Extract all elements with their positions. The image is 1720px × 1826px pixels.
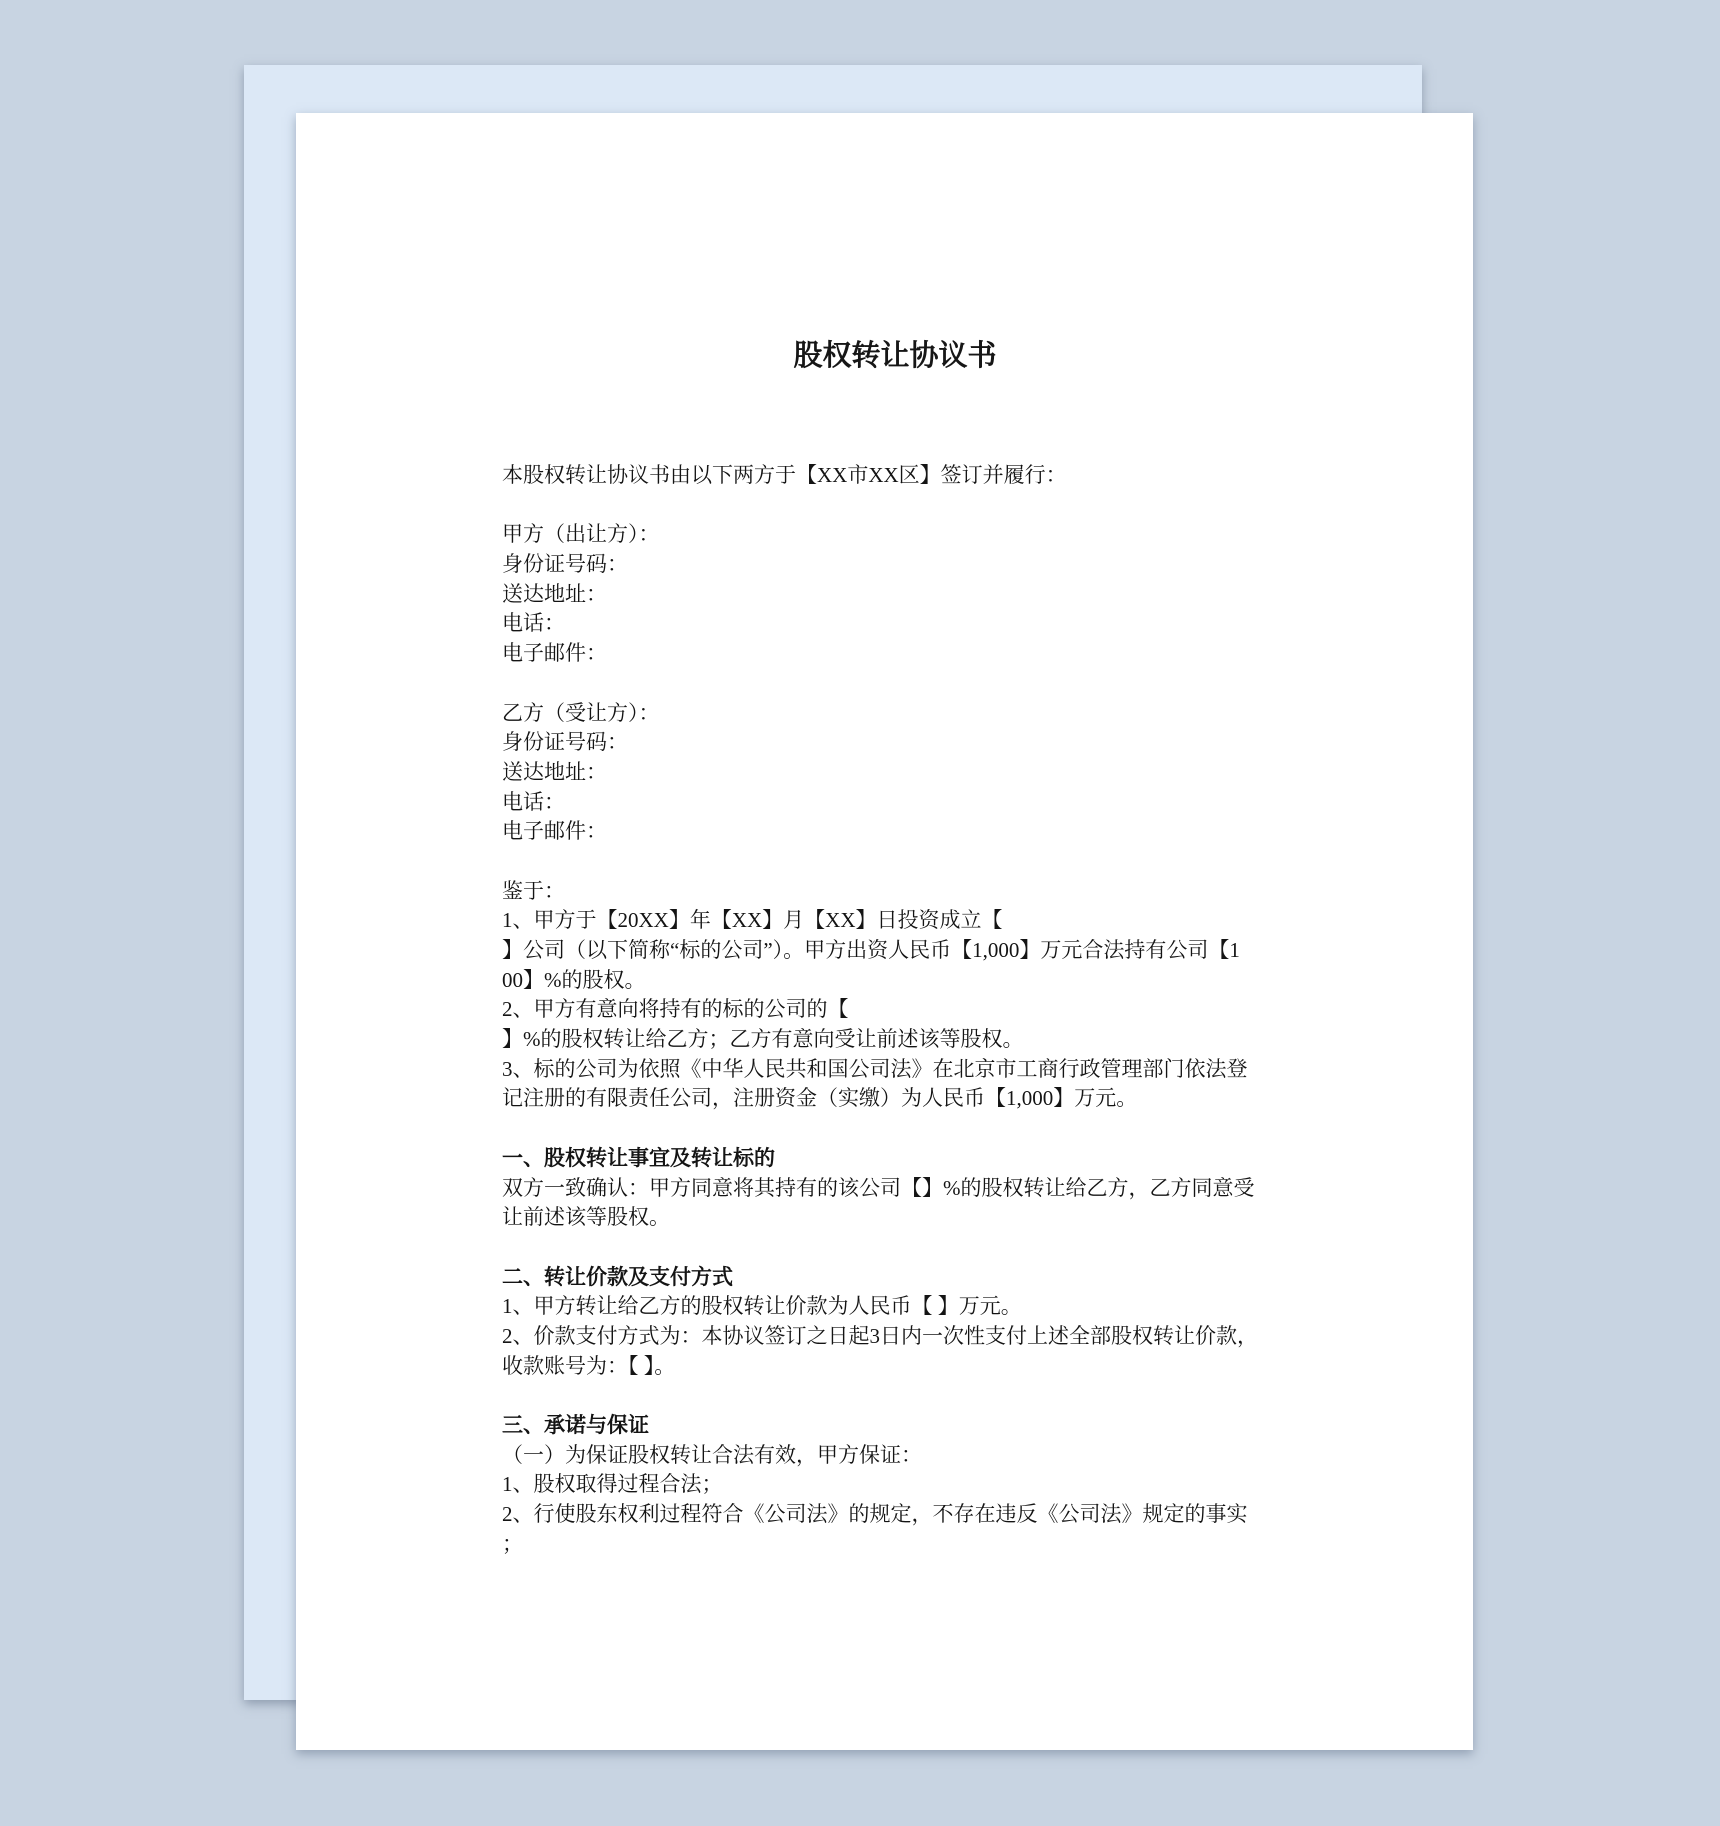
whereas-item-3-cont: 记注册的有限责任公司，注册资金（实缴）为人民币【1,000】万元。: [502, 1084, 1313, 1114]
party-a-id-label: 身份证号码：: [502, 550, 1313, 580]
whereas-label: 鉴于：: [502, 877, 1313, 907]
intro-line: 本股权转让协议书由以下两方于【XX市XX区】签订并履行：: [502, 461, 1313, 491]
section-3-heading: 三、承诺与保证: [502, 1411, 1313, 1441]
whereas-item-3: 3、标的公司为依照《中华人民共和国公司法》在北京市工商行政管理部门依法登: [502, 1055, 1313, 1085]
whereas-item-2: 2、甲方有意向将持有的标的公司的【: [502, 995, 1313, 1025]
blank-line: [502, 1114, 1313, 1144]
blank-line: [502, 1233, 1313, 1263]
section-3-item-2-cont: ；: [502, 1530, 1313, 1560]
whereas-item-1-cont: 】公司（以下简称“标的公司”）。甲方出资人民币【1,000】万元合法持有公司【1: [502, 936, 1313, 966]
party-b-id-label: 身份证号码：: [502, 728, 1313, 758]
section-1-text: 双方一致确认：甲方同意将其持有的该公司【】%的股权转让给乙方，乙方同意受: [502, 1174, 1313, 1204]
party-b-phone-label: 电话：: [502, 788, 1313, 818]
party-a-label: 甲方（出让方）：: [502, 520, 1313, 550]
document-page: 股权转让协议书 本股权转让协议书由以下两方于【XX市XX区】签订并履行： 甲方（…: [296, 113, 1473, 1750]
document-body: 本股权转让协议书由以下两方于【XX市XX区】签订并履行： 甲方（出让方）： 身份…: [502, 461, 1313, 1559]
section-1-heading: 一、股权转让事宜及转让标的: [502, 1144, 1313, 1174]
blank-line: [502, 1381, 1313, 1411]
party-b-address-label: 送达地址：: [502, 758, 1313, 788]
blank-line: [502, 669, 1313, 699]
section-3-item-1: 1、股权取得过程合法；: [502, 1470, 1313, 1500]
whereas-item-1: 1、甲方于【20XX】年【XX】月【XX】日投资成立【: [502, 906, 1313, 936]
party-b-label: 乙方（受让方）：: [502, 699, 1313, 729]
party-a-email-label: 电子邮件：: [502, 639, 1313, 669]
section-3-intro: （一）为保证股权转让合法有效，甲方保证：: [502, 1441, 1313, 1471]
whereas-item-1-cont2: 00】%的股权。: [502, 966, 1313, 996]
party-a-address-label: 送达地址：: [502, 580, 1313, 610]
section-1-text-cont: 让前述该等股权。: [502, 1203, 1313, 1233]
blank-line: [502, 491, 1313, 521]
blank-line: [502, 847, 1313, 877]
section-2-item-1: 1、甲方转让给乙方的股权转让价款为人民币【 】万元。: [502, 1292, 1313, 1322]
document-title: 股权转让协议书: [502, 335, 1288, 377]
desktop-background: { "colors": { "background": "#c8d4e2", "…: [0, 0, 1720, 1826]
whereas-item-2-cont: 】%的股权转让给乙方；乙方有意向受让前述该等股权。: [502, 1025, 1313, 1055]
section-2-heading: 二、转让价款及支付方式: [502, 1263, 1313, 1293]
section-2-item-2-cont: 收款账号为：【 】。: [502, 1352, 1313, 1382]
section-3-item-2: 2、行使股东权利过程符合《公司法》的规定，不存在违反《公司法》规定的事实: [502, 1500, 1313, 1530]
section-2-item-2: 2、价款支付方式为：本协议签订之日起3日内一次性支付上述全部股权转让价款，: [502, 1322, 1313, 1352]
party-b-email-label: 电子邮件：: [502, 817, 1313, 847]
party-a-phone-label: 电话：: [502, 609, 1313, 639]
